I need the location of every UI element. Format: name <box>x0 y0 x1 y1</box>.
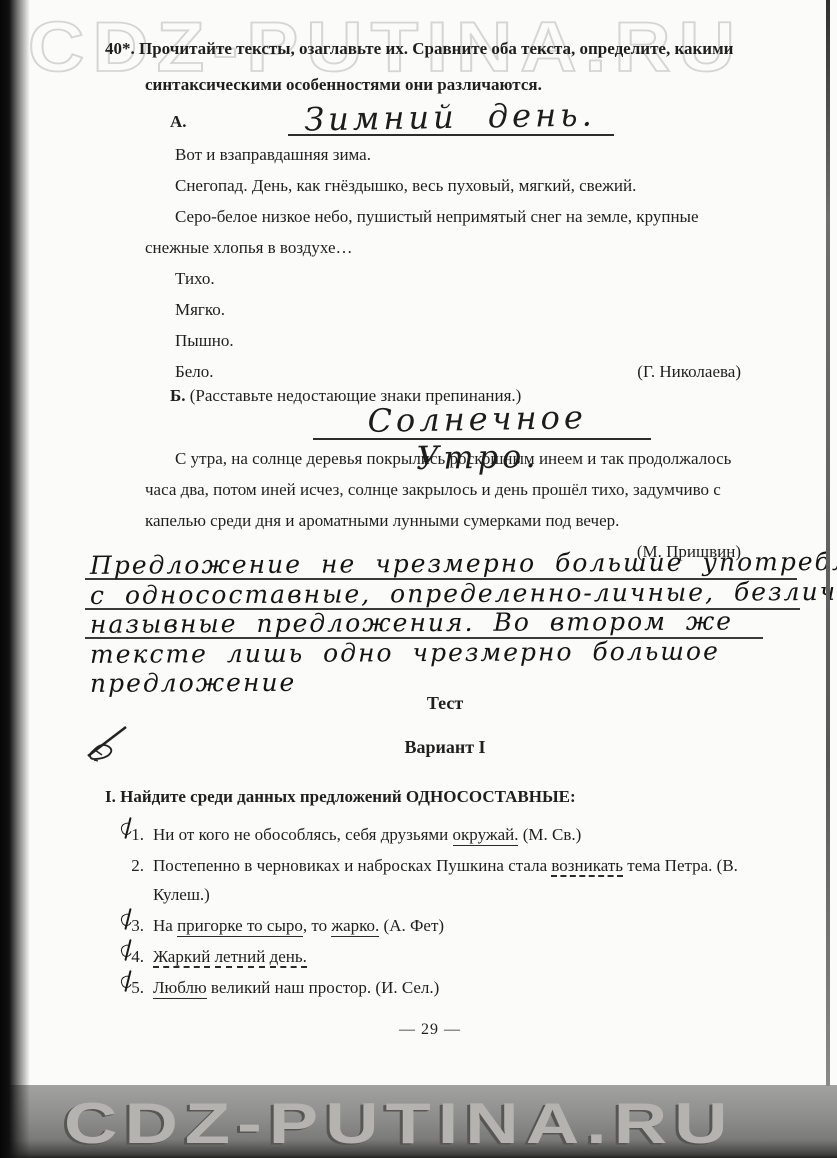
text-line: Бело.(Г. Николаева) <box>145 356 793 387</box>
test-item: 1.Ни от кого не обособлясь, себя друзьям… <box>118 820 778 849</box>
plain-text: (М. Св.) <box>518 825 581 844</box>
handwritten-title-a: Зимний день. <box>275 95 626 139</box>
text-line: капелью среди дня и ароматными лунными с… <box>145 505 793 536</box>
scanned-workbook-page: CDZ-PUTINA.RU 40*. Прочитайте тексты, оз… <box>0 0 837 1158</box>
text-line: Тихо. <box>145 263 793 294</box>
text-a: Вот и взаправдашняя зима.Снегопад. День,… <box>145 139 793 387</box>
item-number: 1. <box>118 820 144 849</box>
underlined-text: возникать <box>551 856 623 877</box>
page-number: — 29 — <box>105 1021 755 1039</box>
plain-text: (А. Фет) <box>379 916 444 935</box>
item-text: Ни от кого не обособлясь, себя друзьями … <box>153 820 745 849</box>
attribution: (Г. Николаева) <box>637 356 741 387</box>
question-heading: I. Найдите среди данных предложений ОДНО… <box>105 786 576 808</box>
underlined-text: окружай. <box>453 825 519 846</box>
item-text: На пригорке то сыро, то жарко. (А. Фет) <box>153 911 745 940</box>
plain-text: На <box>153 916 177 935</box>
text-line: Мягко. <box>145 294 793 325</box>
underlined-text: летний <box>215 947 266 968</box>
plain-text: Постепенно в черновиках и набросках Пушк… <box>153 856 551 875</box>
test-item: 3.На пригорке то сыро, то жарко. (А. Фет… <box>118 911 778 940</box>
text-line: Серо-белое низкое небо, пушистый непримя… <box>145 201 793 232</box>
test-item: 5.Люблю великий наш простор. (И. Сел.) <box>118 973 778 1002</box>
text-line: снежные хлопья в воздухе… <box>145 232 793 263</box>
plain-text: Ни от кого не обособлясь, себя друзьями <box>153 825 453 844</box>
text-line: Предложение не чрезмерно большие употреб… <box>90 547 800 580</box>
underlined-text: Люблю <box>153 978 207 999</box>
text-line: с односоставные, определенно-личные, без… <box>90 577 800 610</box>
variant-heading: Вариант I <box>105 737 785 758</box>
section-a-label: А. <box>170 112 187 132</box>
item-number: 3. <box>118 911 144 940</box>
plain-text: великий наш простор. (И. Сел.) <box>207 978 440 997</box>
text-line: Пышно. <box>145 325 793 356</box>
plain-text: , то <box>303 916 331 935</box>
page-right-edge <box>826 0 830 1086</box>
test-item: 2.Постепенно в черновиках и набросках Пу… <box>118 851 778 909</box>
text-line: тексте лишь одно чрезмерно большое <box>90 636 800 669</box>
test-item-list: 1.Ни от кого не обособлясь, себя друзьям… <box>118 820 778 1004</box>
watermark-bottom: CDZ-PUTINA.RU <box>64 1090 735 1156</box>
section-b-label: Б. <box>170 386 186 405</box>
underlined-text: Жаркий <box>153 947 210 968</box>
text-line: Снегопад. День, как гнёздышко, весь пухо… <box>145 170 793 201</box>
text-line: С утра, на солнце деревья покрылись роск… <box>145 443 793 474</box>
test-heading: Тест <box>105 693 785 714</box>
book-binding-edge <box>0 0 30 1158</box>
item-text: Люблю великий наш простор. (И. Сел.) <box>153 973 745 1002</box>
item-text: Жаркий летний день. <box>153 942 745 971</box>
item-number: 2. <box>118 851 144 909</box>
plain-text <box>210 947 214 966</box>
text-line: назывные предложения. Во втором же <box>90 606 800 639</box>
underlined-text: жарко. <box>331 916 379 937</box>
plain-text <box>265 947 269 966</box>
task-header-line2: синтаксическими особенностями они различ… <box>145 74 542 96</box>
underlined-text: день. <box>270 947 307 968</box>
item-number: 5. <box>118 973 144 1002</box>
watermark-band: CDZ-PUTINA.RU <box>0 1085 837 1158</box>
text-line: часа два, потом иней исчез, солнце закры… <box>145 474 793 505</box>
task-header-line1: 40*. Прочитайте тексты, озаглавьте их. С… <box>105 38 733 60</box>
item-text: Постепенно в черновиках и набросках Пушк… <box>153 851 745 909</box>
test-item: 4.Жаркий летний день. <box>118 942 778 971</box>
text-line: Вот и взаправдашняя зима. <box>145 139 793 170</box>
underlined-text: пригорке то сыро <box>177 916 303 937</box>
item-number: 4. <box>118 942 144 971</box>
handwritten-answer: Предложение не чрезмерно большие употреб… <box>90 549 800 697</box>
